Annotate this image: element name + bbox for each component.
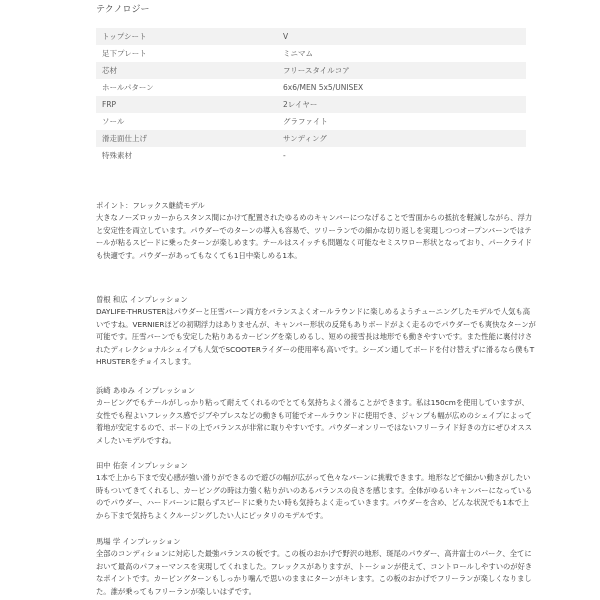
impression-heading: 浜崎 あゆみ インプレッション (96, 385, 536, 397)
impression-heading: 曽根 和広 インプレッション (96, 294, 536, 306)
spec-label: 特殊素材 (96, 147, 277, 164)
point-section: ポイント：フレックス継続モデル 大きなノーズロッカーからスタンス間にかけて配置さ… (96, 200, 536, 262)
impression-baba: 馬場 学 インプレッション 全部のコンディションに対応した最強バランスの板です。… (96, 536, 536, 598)
spec-value: 6x6/MEN 5x5/UNISEX (277, 79, 526, 96)
impression-body: DAYLIFE-THRUSTERはパウダーと圧雪バーン両方をバランスよくオールラ… (96, 306, 536, 368)
spec-value: グラファイト (277, 113, 526, 130)
point-body: 大きなノーズロッカーからスタンス間にかけて配置されたゆるめのキャンバーにつなげる… (96, 212, 536, 262)
spec-label: 足下プレート (96, 45, 277, 62)
spec-value: ミニマム (277, 45, 526, 62)
spec-value: 2レイヤー (277, 96, 526, 113)
spec-label: 滑走面仕上げ (96, 130, 277, 147)
spec-label: ソール (96, 113, 277, 130)
spec-label: FRP (96, 96, 277, 113)
impression-hamasaki: 浜崎 あゆみ インプレッション カービングでもテールがしっかり粘って耐えてくれる… (96, 385, 536, 447)
spec-row: 滑走面仕上げ サンディング (96, 130, 526, 147)
spec-value: フリースタイルコア (277, 62, 526, 79)
product-description-page: テクノロジー トップシート V 足下プレート ミニマム 芯材 フリースタイルコア… (0, 0, 600, 600)
spec-value: - (277, 147, 526, 164)
technology-spec-table: トップシート V 足下プレート ミニマム 芯材 フリースタイルコア ホールパター… (96, 28, 526, 164)
point-heading: ポイント：フレックス継続モデル (96, 200, 536, 212)
impression-tanaka: 田中 佑奈 インプレッション 1本で上から下まで安心感が強い滑りができるので遊び… (96, 460, 536, 522)
impression-body: 全部のコンディションに対応した最強バランスの板です。この板のおかげで野沢の地形、… (96, 548, 536, 598)
spec-label: トップシート (96, 28, 277, 45)
spec-row: ソール グラファイト (96, 113, 526, 130)
spec-row: 足下プレート ミニマム (96, 45, 526, 62)
spec-row: ホールパターン 6x6/MEN 5x5/UNISEX (96, 79, 526, 96)
spec-row: FRP 2レイヤー (96, 96, 526, 113)
impression-body: 1本で上から下まで安心感が強い滑りができるので遊びの幅が広がって色々なバーンに挑… (96, 472, 536, 522)
impression-heading: 田中 佑奈 インプレッション (96, 460, 536, 472)
impression-body: カービングでもテールがしっかり粘って耐えてくれるのでとても気持ちよく滑ることがで… (96, 397, 536, 447)
spec-row: 芯材 フリースタイルコア (96, 62, 526, 79)
impression-heading: 馬場 学 インプレッション (96, 536, 536, 548)
impression-sone: 曽根 和広 インプレッション DAYLIFE-THRUSTERはパウダーと圧雪バ… (96, 294, 536, 368)
technology-title: テクノロジー (96, 3, 149, 17)
spec-label: 芯材 (96, 62, 277, 79)
spec-value: サンディング (277, 130, 526, 147)
spec-label: ホールパターン (96, 79, 277, 96)
spec-row: 特殊素材 - (96, 147, 526, 164)
spec-row: トップシート V (96, 28, 526, 45)
spec-value: V (277, 28, 526, 45)
